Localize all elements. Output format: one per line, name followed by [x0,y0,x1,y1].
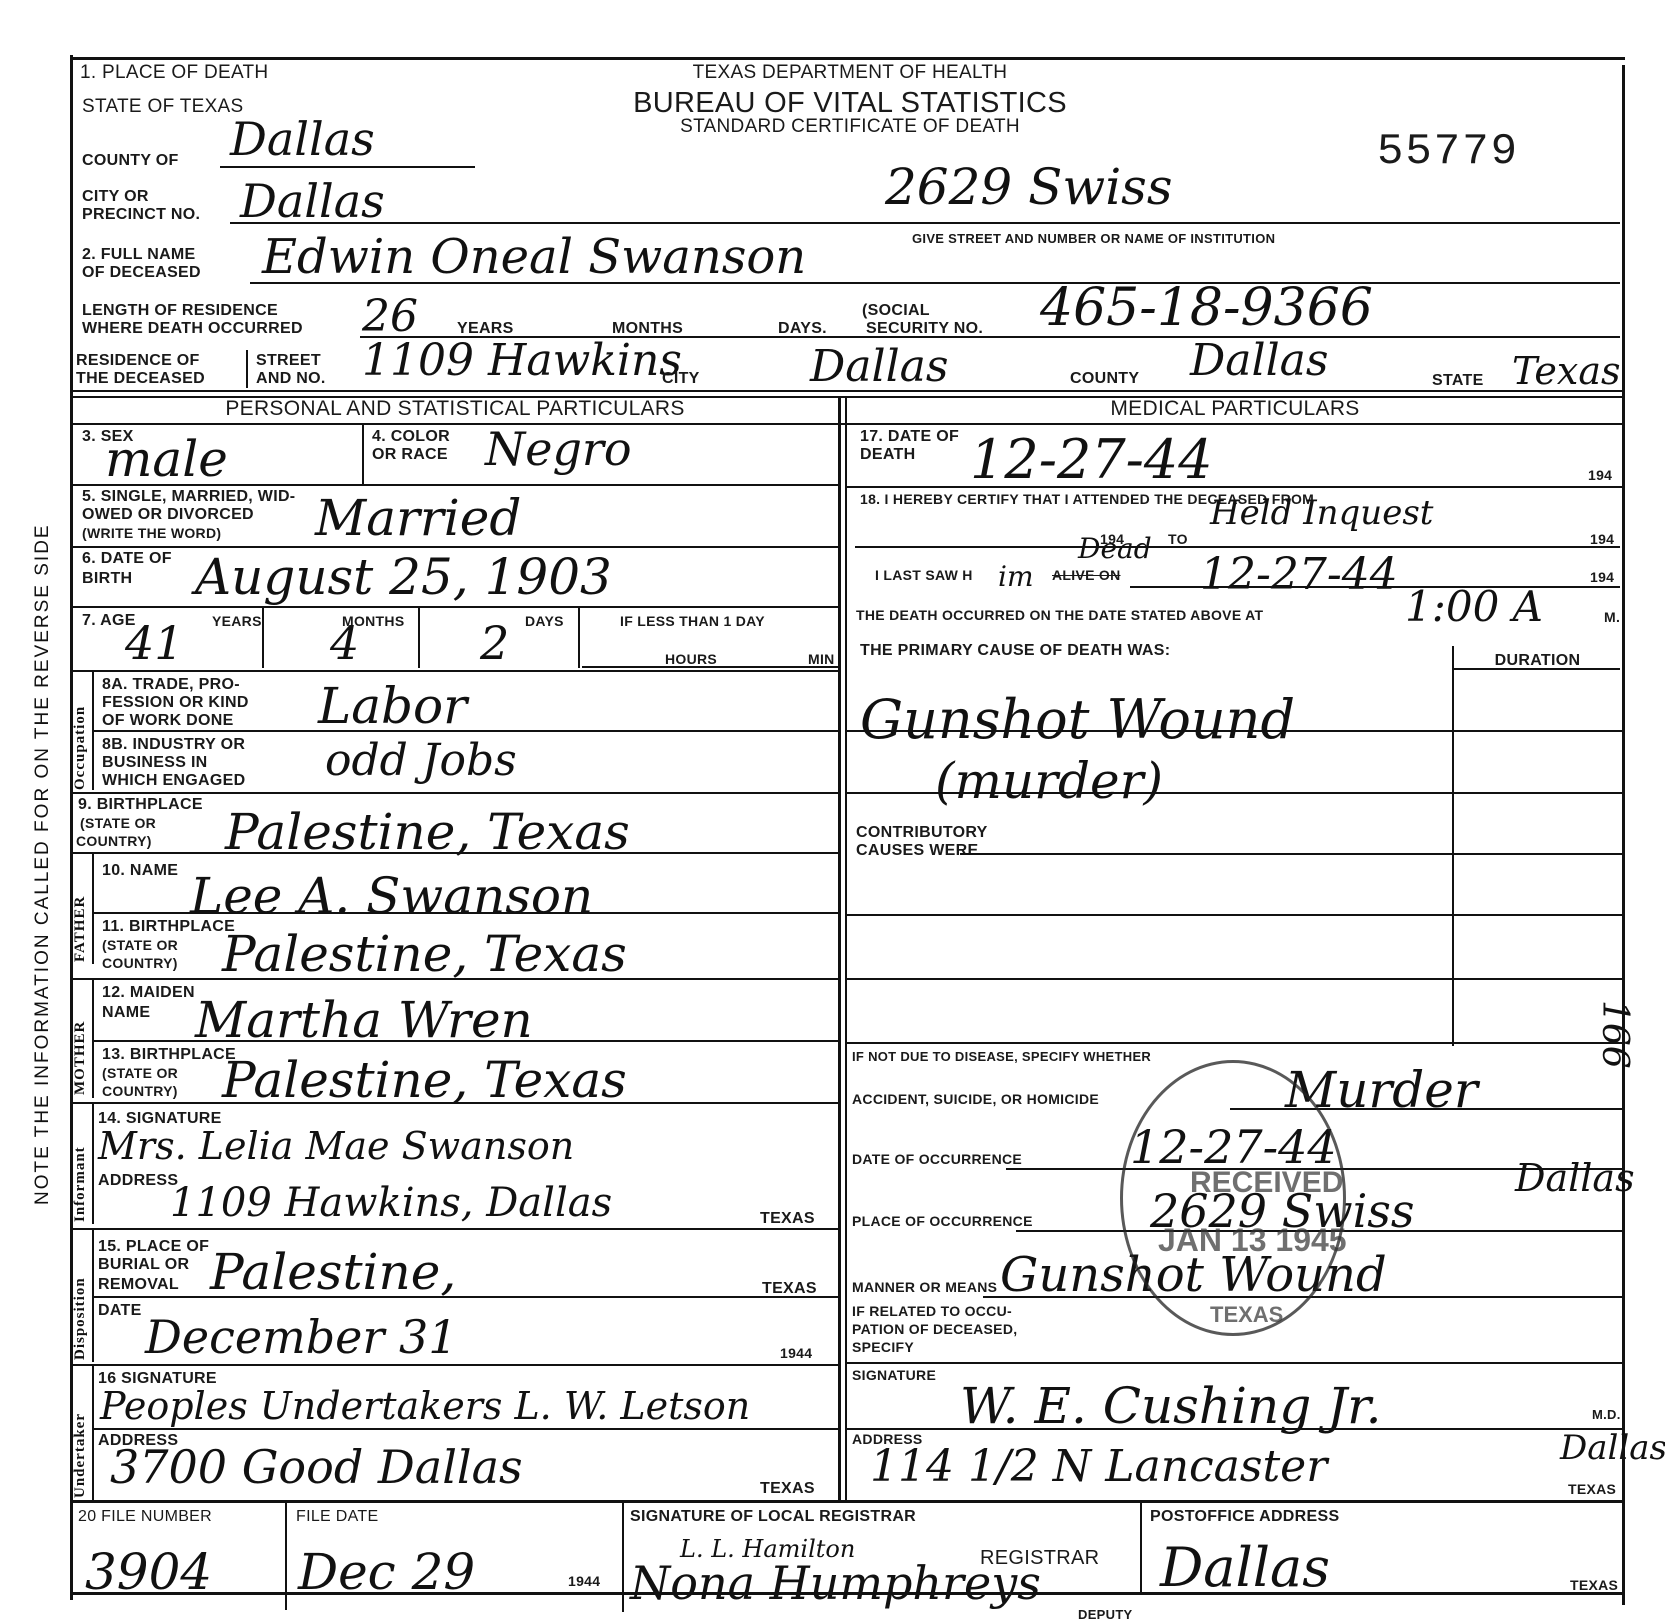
footer-divider-2 [622,1502,624,1612]
father-birthplace-label-3: COUNTRY) [102,956,178,971]
trade-label-1: 8A. TRADE, PRO- [102,676,240,693]
margin-mark: 166 [1596,1000,1632,1069]
m-label: M. [1604,610,1620,625]
age-divider-3 [578,608,580,668]
not-disease-label: IF NOT DUE TO DISEASE, SPECIFY WHETHER [852,1050,1151,1064]
death-date-value: 12-27-44 [970,432,1213,488]
burial-date: December 31 [145,1316,458,1358]
mother-bracket [92,980,94,1098]
father-name: Lee A. Swanson [190,870,593,922]
primary-line-1 [845,730,1625,732]
death-date-label-1: 17. DATE OF [860,428,959,445]
father-birthplace-label-1: 11. BIRTHPLACE [102,918,235,935]
mother-birthplace-label-1: 13. BIRTHPLACE [102,1046,236,1063]
hours-label: HOURS [665,652,717,667]
hours-line [582,666,838,668]
mother-birthplace-line [70,1102,840,1104]
industry-label-2: BUSINESS IN [102,754,208,771]
marital-label-3: (WRITE THE WORD) [82,526,221,541]
death-date-line [845,486,1625,488]
informant-address-label: ADDRESS [98,1172,178,1189]
physician-sig-line [845,1428,1625,1430]
deputy-signature: Nona Humphreys [630,1562,1041,1604]
sex-value: male [105,432,228,486]
physician-address: 114 1/2 N Lancaster [870,1446,1327,1488]
min-label: MIN [808,652,835,667]
bureau-title: BUREAU OF VITAL STATISTICS [550,88,1150,118]
father-side-label: FATHER [72,896,89,962]
burial-place: Palestine, [210,1246,456,1298]
stamp-date: JAN 13 1945 [1158,1222,1347,1259]
footer-bottom-line [70,1592,1625,1595]
file-number: 3904 [85,1546,212,1598]
name-line [250,282,1620,284]
last-saw-label: I LAST SAW H [875,568,973,583]
certify-line [855,546,1620,548]
primary-cause-label: THE PRIMARY CAUSE OF DEATH WAS: [860,642,1170,659]
file-year: 1944 [568,1574,600,1589]
occurred-time: 1:00 A [1405,586,1543,628]
burial-year: 1944 [780,1346,812,1361]
reverse-side-note: NOTE THE INFORMATION CALLED FOR ON THE R… [32,523,54,1205]
industry-label-3: WHICH ENGAGED [102,772,245,789]
full-name-label-2: OF DECEASED [82,264,201,281]
ssn-label-1: (SOCIAL [862,302,930,319]
city-value: Dallas [240,180,385,222]
age-divider-2 [418,608,420,668]
birthplace-line [70,852,840,854]
death-date-label-2: DEATH [860,446,915,463]
mother-birthplace-label-3: COUNTRY) [102,1084,178,1099]
deceased-name: Edwin Oneal Swanson [262,232,806,282]
last-saw-year: 194 [1590,570,1614,585]
informant-signature: Mrs. Lelia Mae Swanson [98,1128,574,1164]
birthplace-label-2: (STATE OR [80,816,156,831]
father-birthplace-line [70,978,840,980]
city-label-2: PRECINCT NO. [82,206,200,223]
informant-bracket [92,1104,94,1224]
city-label-1: CITY OR [82,188,149,205]
to-label: TO [1168,532,1188,547]
contributory-label-1: CONTRIBUTORY [856,824,988,841]
md-label: M.D. [1592,1408,1621,1422]
disposition-side-label: Disposition [72,1277,89,1360]
father-name-label: 10. NAME [102,862,178,879]
undertaker-address: 3700 Good Dallas [110,1446,523,1488]
race-value: Negro [485,428,632,470]
residence-county-label: COUNTY [1070,370,1139,387]
undertaker-texas: TEXAS [760,1480,815,1497]
marital-value: Married [315,492,521,544]
informant-line [70,1228,840,1230]
informant-address: 1109 Hawkins, Dallas [170,1182,612,1224]
residence-label-2: THE DECEASED [76,370,205,387]
personal-section-title: PERSONAL AND STATISTICAL PARTICULARS [70,398,840,420]
manner-label: MANNER OR MEANS [852,1280,997,1295]
frame-right [1622,65,1625,1605]
residence-length-label-2: WHERE DEATH OCCURRED [82,320,303,337]
column-divider [838,396,841,1501]
residence-line [70,390,1625,392]
postoffice-texas: TEXAS [1570,1578,1618,1593]
residence-label-1: RESIDENCE OF [76,352,200,369]
registrar-label: SIGNATURE OF LOCAL REGISTRAR [630,1508,916,1525]
dob-label-2: BIRTH [82,570,132,587]
related-label-3: SPECIFY [852,1340,914,1355]
certify-year-2: 194 [1590,532,1614,547]
related-label-2: PATION OF DECEASED, [852,1322,1017,1337]
physician-city: Dallas [1560,1430,1665,1466]
file-date: Dec 29 [298,1546,475,1598]
stamp-state: TEXAS [1210,1302,1283,1328]
birthplace-label-3: COUNTRY) [76,834,152,849]
burial-date-label: DATE [98,1302,142,1319]
residence-city-label: CITY [662,370,700,387]
sex-race-divider [362,424,364,484]
contributory-line-2 [845,914,1625,916]
duration-label: DURATION [1455,652,1620,669]
last-saw-handwritten: im [998,562,1034,592]
informant-side-label: Informant [72,1146,89,1222]
street-no-label-2: AND NO. [256,370,326,387]
mother-birthplace: Palestine, Texas [222,1054,627,1106]
undertaker-bracket [92,1366,94,1500]
disposition-line [70,1364,840,1366]
dead-handwritten: Dead [1078,534,1152,564]
contributory-line-4 [845,1042,1625,1044]
postoffice-label: POSTOFFICE ADDRESS [1150,1508,1339,1525]
stamp-received: RECEIVED [1190,1166,1343,1200]
postoffice-value: Dallas [1160,1540,1330,1596]
residence-length-label-1: LENGTH OF RESIDENCE [82,302,278,319]
age-days: 2 [480,622,509,664]
burial-label-3: REMOVAL [98,1276,179,1293]
residence-state-label: STATE [1432,372,1484,389]
father-bracket [92,854,94,964]
place-street-value: 2629 Swiss [885,160,1173,214]
ssn-value: 465-18-9366 [1040,280,1373,336]
duration-divider [1452,646,1454,1046]
street-no-label-1: STREET [256,352,321,369]
age-less-label: IF LESS THAN 1 DAY [620,614,765,629]
residence-county: Dallas [1190,340,1328,382]
mother-birthplace-label-2: (STATE OR [102,1066,178,1081]
accident-label: ACCIDENT, SUICIDE, OR HOMICIDE [852,1092,1099,1107]
industry-line [70,792,840,794]
street-instruction: GIVE STREET AND NUMBER OR NAME OF INSTIT… [912,232,1275,246]
marital-label-1: 5. SINGLE, MARRIED, WID- [82,488,295,505]
mother-name-line [92,1040,840,1042]
row-3-line [70,484,840,486]
industry-label-1: 8B. INDUSTRY OR [102,736,245,753]
occurrence-city: Dallas [1515,1160,1635,1196]
medical-section-title: MEDICAL PARTICULARS [845,398,1625,420]
age-years-label: YEARS [212,614,262,629]
days-label: DAYS. [778,320,827,337]
father-birthplace: Palestine, Texas [222,928,627,980]
footer-divider-3 [1140,1502,1142,1592]
father-name-line [92,912,840,914]
frame-left [70,55,73,1600]
mother-side-label: MOTHER [72,1021,89,1095]
duration-line [1452,668,1620,670]
physician-signature: W. E. Cushing Jr. [960,1380,1381,1432]
residence-years: 26 [362,296,418,338]
undertaker-signature: Peoples Undertakers L. W. Letson [100,1388,750,1424]
race-label-1: 4. COLOR [372,428,450,445]
residence-city: Dallas [810,346,948,388]
occurrence-date-label: DATE OF OCCURRENCE [852,1152,1022,1167]
county-line [220,166,475,168]
county-value: Dallas [230,118,375,160]
section-title-line [70,423,1625,425]
related-label-1: IF RELATED TO OCCU- [852,1304,1012,1319]
department-title: TEXAS DEPARTMENT OF HEALTH [620,64,1080,81]
age-years: 41 [125,622,184,664]
race-label-2: OR RACE [372,446,448,463]
deputy-label: DEPUTY [1078,1608,1133,1622]
mother-name: Martha Wren [195,994,533,1046]
birthplace-label-1: 9. BIRTHPLACE [78,796,203,813]
certificate-number: 55779 [1377,130,1519,174]
related-line [845,1362,1625,1364]
last-saw-date: 12-27-44 [1200,554,1398,596]
primary-cause-2: (murder) [935,754,1163,808]
trade-label-2: FESSION OR KIND [102,694,249,711]
death-year-suffix: 194 [1588,468,1612,483]
dob-value: August 25, 1903 [195,550,612,604]
state-label: STATE OF TEXAS [82,98,244,115]
file-date-label: FILE DATE [296,1508,378,1525]
file-number-label: 20 FILE NUMBER [78,1508,212,1525]
county-of-label: COUNTY OF [82,152,179,169]
father-birthplace-label-2: (STATE OR [102,938,178,953]
contributory-line-1 [960,853,1625,855]
certify-value: Held Inquest [1210,498,1433,528]
burial-texas: TEXAS [762,1280,817,1297]
column-divider-2 [845,396,847,1501]
age-days-label: DAYS [525,614,564,629]
physician-texas: TEXAS [1568,1482,1616,1497]
residence-divider [246,350,248,388]
footer-top-line [70,1500,1625,1503]
mother-name-label-1: 12. MAIDEN [102,984,195,1001]
row-7-line [70,670,840,672]
ssn-label-2: SECURITY NO. [866,320,983,337]
form-title: STANDARD CERTIFICATE OF DEATH [590,118,1110,135]
burial-label-1: 15. PLACE OF [98,1238,209,1255]
city-line [230,222,1620,224]
frame-top [70,57,1625,60]
residence-street: 1109 Hawkins [362,340,682,382]
alive-label: ALIVE ON [1052,568,1121,583]
trade-value: Labor [318,680,467,732]
last-saw-line [1130,586,1620,588]
contributory-line-3 [845,978,1625,980]
physician-signature-label: SIGNATURE [852,1368,936,1383]
occurred-label: THE DEATH OCCURRED ON THE DATE STATED AB… [856,608,1263,623]
row-6-line [70,606,840,608]
industry-value: odd Jobs [325,740,517,782]
trade-label-3: OF WORK DONE [102,712,234,729]
mother-name-label-2: NAME [102,1004,150,1021]
undertaker-side-label: Undertaker [72,1413,89,1498]
residence-state: Texas [1512,350,1620,392]
place-of-death-label: 1. PLACE OF DEATH [80,64,268,81]
trade-line [92,730,840,732]
age-divider-1 [262,608,264,668]
full-name-label-1: 2. FULL NAME [82,246,196,263]
occupation-side-label: Occupation [72,706,89,790]
burial-line [92,1296,840,1298]
marital-label-2: OWED OR DIVORCED [82,506,254,523]
birthplace-value: Palestine, Texas [225,806,630,858]
primary-line-2 [845,792,1625,794]
dob-label-1: 6. DATE OF [82,550,172,567]
informant-texas: TEXAS [760,1210,815,1227]
age-months: 4 [330,622,359,664]
burial-label-2: BURIAL OR [98,1256,189,1273]
contributory-label-2: CAUSES WERE [856,842,978,859]
undertaker-sig-line [92,1428,840,1430]
occurrence-place-label: PLACE OF OCCURRENCE [852,1214,1033,1229]
primary-cause-1: Gunshot Wound [860,692,1295,748]
